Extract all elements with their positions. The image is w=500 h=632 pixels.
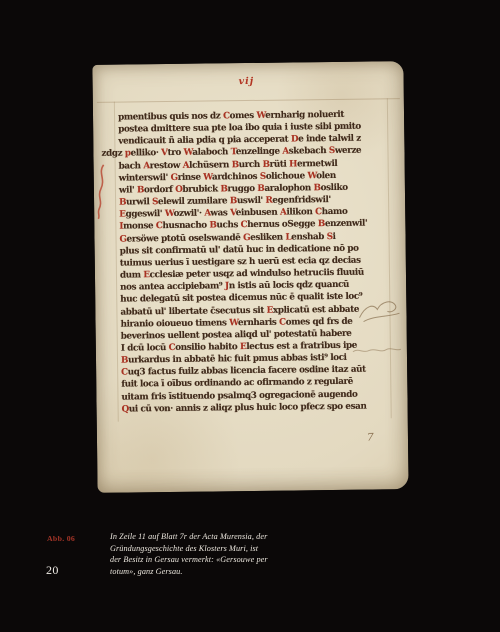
red-paragraph-flourish <box>94 163 109 221</box>
manuscript-text-block: pmentibus quis nos dz Comes Wernharig no… <box>118 108 386 415</box>
caption-line: der Besitz in Gersau vermerkt: «Gersouwe… <box>110 554 300 566</box>
ruling-line-horizontal <box>97 98 400 103</box>
page-number: 20 <box>46 563 59 577</box>
manuscript-line: Qui cū von· annis z aliqz plus huic loco… <box>122 400 386 415</box>
faded-margin-note <box>351 345 403 356</box>
caption-line: Gründungsgeschichte des Klosters Muri, i… <box>110 543 300 555</box>
ruling-line-vertical-right <box>387 98 392 418</box>
manuscript-photo: vij pmentibus quis nos dz Comes Wernhari… <box>92 61 408 493</box>
figure-caption: In Zeile 11 auf Blatt 7r der Acta Murens… <box>110 531 300 577</box>
caption-line: totum», ganz Gersau. <box>110 566 300 578</box>
figure-label: Abb. 06 <box>47 534 75 544</box>
caption-line: In Zeile 11 auf Blatt 7r der Acta Murens… <box>110 531 300 543</box>
folio-number-top: vij <box>239 76 255 87</box>
folio-number-bottom: 7 <box>367 432 374 444</box>
book-page: vij pmentibus quis nos dz Comes Wernhari… <box>0 0 500 632</box>
margin-scribble <box>357 297 403 328</box>
